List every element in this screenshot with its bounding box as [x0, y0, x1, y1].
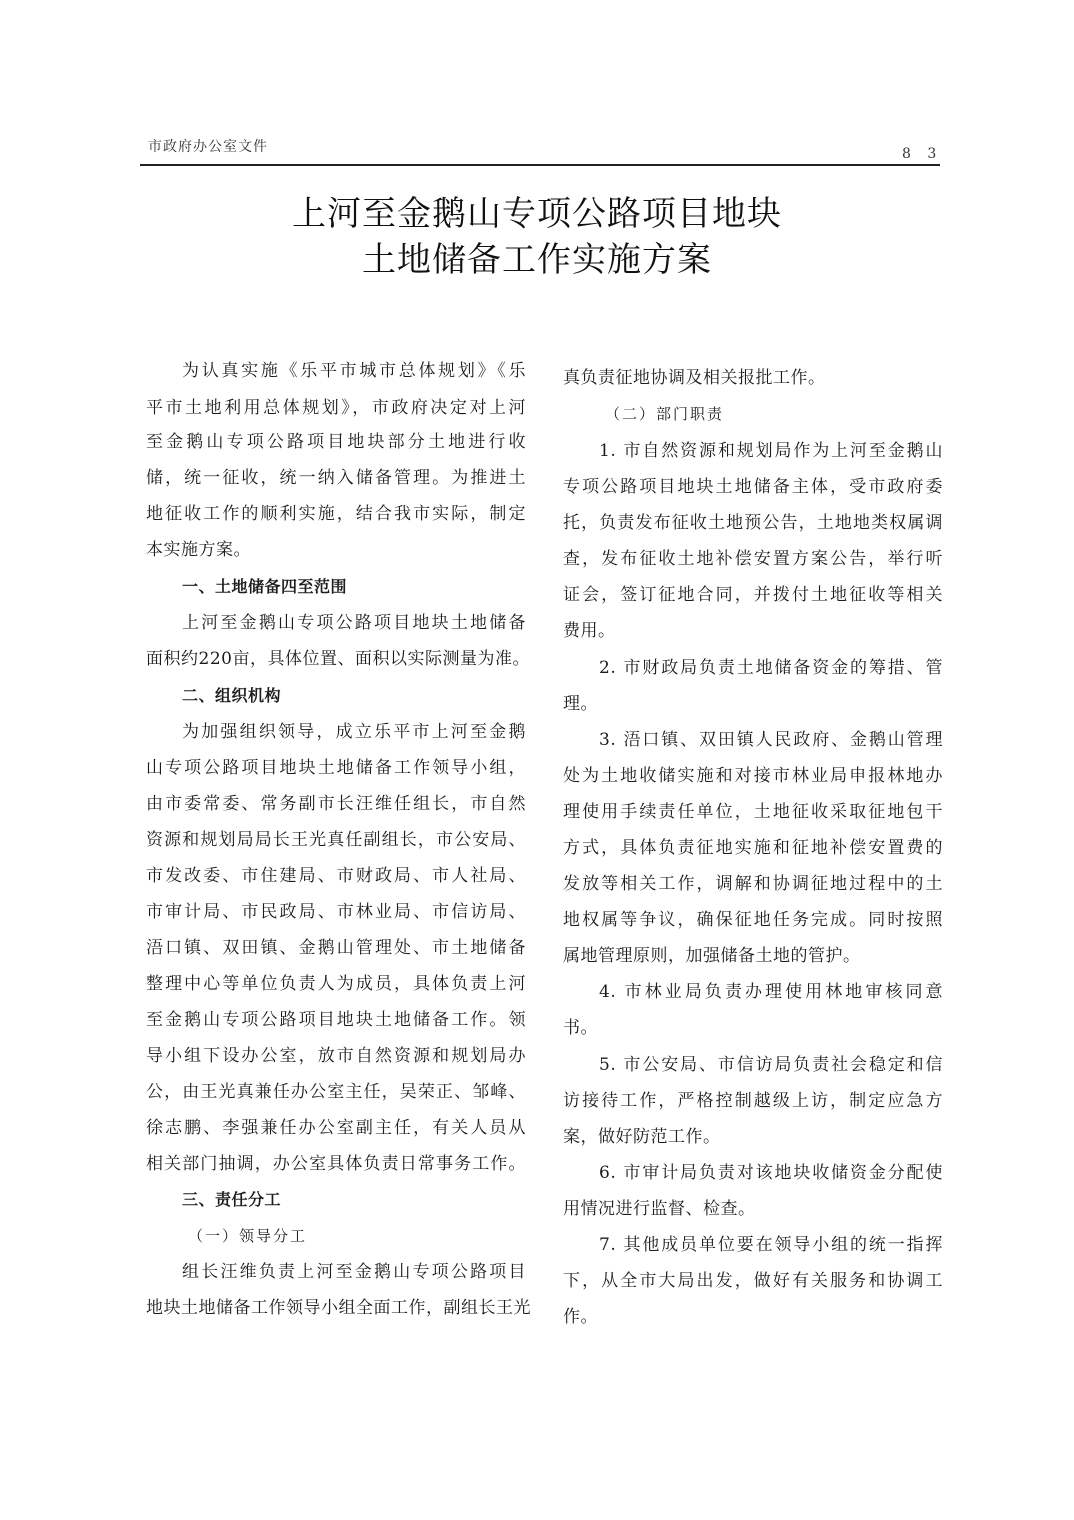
text-line: 理。 — [563, 693, 943, 715]
text-line: 属地管理原则，加强储备土地的管护。 — [563, 945, 943, 967]
text-line: 面积约220亩，具体位置、面积以实际测量为准。 — [146, 648, 526, 670]
text-line: 发放等相关工作，调解和协调征地过程中的土 — [563, 873, 943, 895]
header-document-source: 市政府办公室文件 — [148, 136, 268, 156]
subsection-heading: （二）部门职责 — [563, 403, 943, 425]
text-line: 5. 市公安局、市信访局负责社会稳定和信 — [563, 1054, 943, 1076]
page-number: 8 3 — [902, 146, 942, 162]
text-line: 方式，具体负责征地实施和征地补偿安置费的 — [563, 837, 943, 859]
text-line: 公，由王光真兼任办公室主任，吴荣正、邹峰、 — [146, 1081, 526, 1103]
text-line: 6. 市审计局负责对该地块收储资金分配使 — [563, 1162, 943, 1184]
text-line: 组长汪维负责上河至金鹅山专项公路项目 — [146, 1261, 526, 1283]
section-heading: 一、土地储备四至范围 — [146, 576, 526, 598]
section-heading: 三、责任分工 — [146, 1189, 526, 1211]
text-line: 市发改委、市住建局、市财政局、市人社局、 — [146, 865, 526, 887]
text-line: 专项公路项目地块土地储备主体，受市政府委 — [563, 476, 943, 498]
text-line: 浯口镇、双田镇、金鹅山管理处、市土地储备 — [146, 937, 526, 959]
text-line: 市审计局、市民政局、市林业局、市信访局、 — [146, 901, 526, 923]
section-heading: 二、组织机构 — [146, 685, 526, 707]
text-line: 访接待工作，严格控制越级上访，制定应急方 — [563, 1090, 943, 1112]
text-line: 为认真实施《乐平市城市总体规划》《乐 — [146, 360, 526, 382]
text-line: 本实施方案。 — [146, 539, 526, 561]
text-line: 由市委常委、常务副市长汪维任组长，市自然 — [146, 793, 526, 815]
text-line: 费用。 — [563, 620, 943, 642]
text-line: 7. 其他成员单位要在领导小组的统一指挥 — [563, 1234, 943, 1256]
text-line: 真负责征地协调及相关报批工作。 — [563, 367, 943, 389]
text-line: 2. 市财政局负责土地储备资金的筹措、管 — [563, 657, 943, 679]
text-line: 至金鹅山专项公路项目地块土地储备工作。领 — [146, 1009, 526, 1031]
text-line: 案，做好防范工作。 — [563, 1126, 943, 1148]
text-line: 作。 — [563, 1306, 943, 1328]
text-line: 处为土地收储实施和对接市林业局申报林地办 — [563, 765, 943, 787]
text-line: 查，发布征收土地补偿安置方案公告，举行听 — [563, 548, 943, 570]
text-line: 3. 浯口镇、双田镇人民政府、金鹅山管理 — [563, 729, 943, 751]
text-line: 地块土地储备工作领导小组全面工作，副组长王光 — [146, 1297, 526, 1319]
text-line: 4. 市林业局负责办理使用林地审核同意 — [563, 981, 943, 1003]
text-line: 山专项公路项目地块土地储备工作领导小组， — [146, 757, 526, 779]
document-title-line-1: 上河至金鹅山专项公路项目地块 — [0, 186, 1074, 235]
text-line: 书。 — [563, 1017, 943, 1039]
subsection-heading: （一）领导分工 — [146, 1225, 526, 1247]
text-line: 用情况进行监督、检查。 — [563, 1198, 943, 1220]
text-line: 理使用手续责任单位，土地征收采取征地包干 — [563, 801, 943, 823]
text-line: 至金鹅山专项公路项目地块部分土地进行收 — [146, 431, 526, 453]
text-line: 相关部门抽调，办公室具体负责日常事务工作。 — [146, 1153, 526, 1175]
text-line: 导小组下设办公室，放市自然资源和规划局办 — [146, 1045, 526, 1067]
text-line: 整理中心等单位负责人为成员，具体负责上河 — [146, 973, 526, 995]
text-line: 1. 市自然资源和规划局作为上河至金鹅山 — [563, 440, 943, 462]
header-divider — [140, 164, 940, 166]
text-line: 地权属等争议，确保征地任务完成。同时按照 — [563, 909, 943, 931]
text-line: 地征收工作的顺利实施，结合我市实际，制定 — [146, 503, 526, 525]
text-line: 上河至金鹅山专项公路项目地块土地储备 — [146, 612, 526, 634]
document-title-line-2: 土地储备工作实施方案 — [0, 232, 1074, 281]
text-line: 为加强组织领导，成立乐平市上河至金鹅 — [146, 721, 526, 743]
text-line: 下，从全市大局出发，做好有关服务和协调工 — [563, 1270, 943, 1292]
text-line: 托，负责发布征收土地预公告，土地地类权属调 — [563, 512, 943, 534]
text-line: 储，统一征收，统一纳入储备管理。为推进土 — [146, 467, 526, 489]
text-line: 平市土地利用总体规划》，市政府决定对上河 — [146, 397, 526, 419]
text-line: 资源和规划局局长王光真任副组长，市公安局、 — [146, 829, 526, 851]
text-line: 证会，签订征地合同，并拨付土地征收等相关 — [563, 584, 943, 606]
text-line: 徐志鹏、李强兼任办公室副主任，有关人员从 — [146, 1117, 526, 1139]
